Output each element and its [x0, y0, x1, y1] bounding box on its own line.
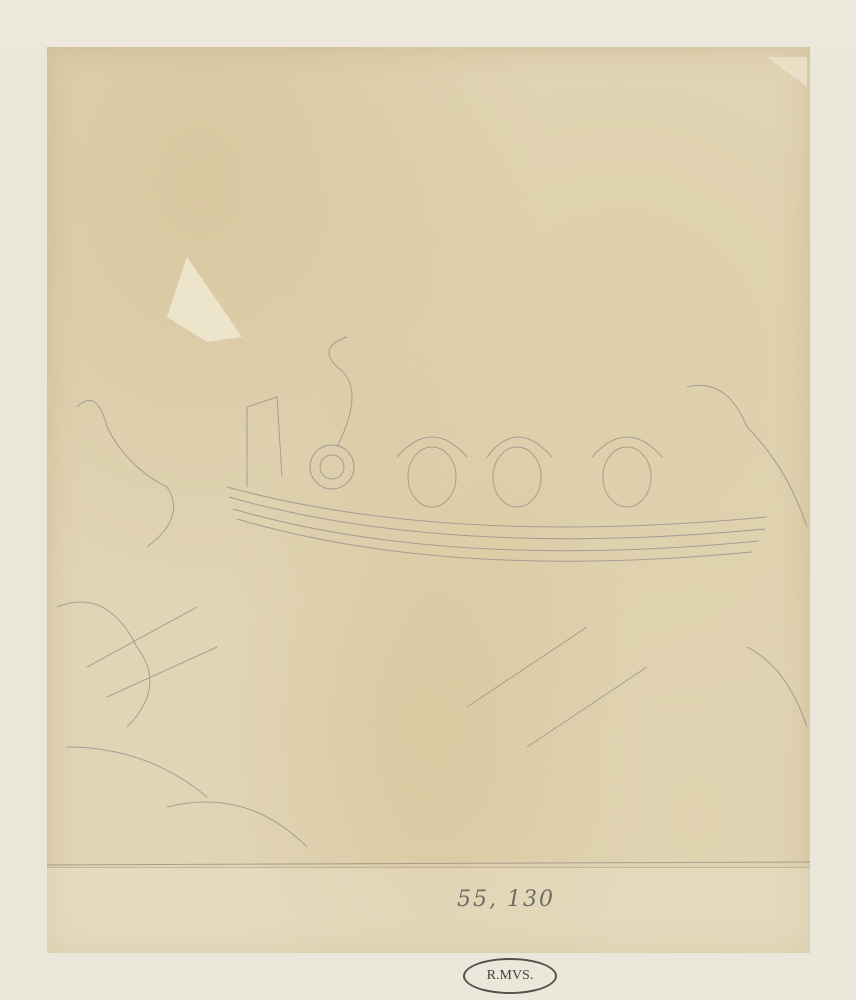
museum-stamp: R.MVS. — [463, 958, 557, 994]
bottom-strip — [47, 867, 810, 954]
drawing-sheet: 55, 130 — [47, 47, 810, 953]
inscription: 55, 130 — [457, 887, 555, 912]
mount-left — [0, 47, 47, 953]
mount-right — [810, 47, 856, 953]
mount-top — [0, 0, 856, 48]
stamp-text: R.MVS. — [487, 968, 534, 984]
pencil-sketch — [47, 47, 810, 953]
